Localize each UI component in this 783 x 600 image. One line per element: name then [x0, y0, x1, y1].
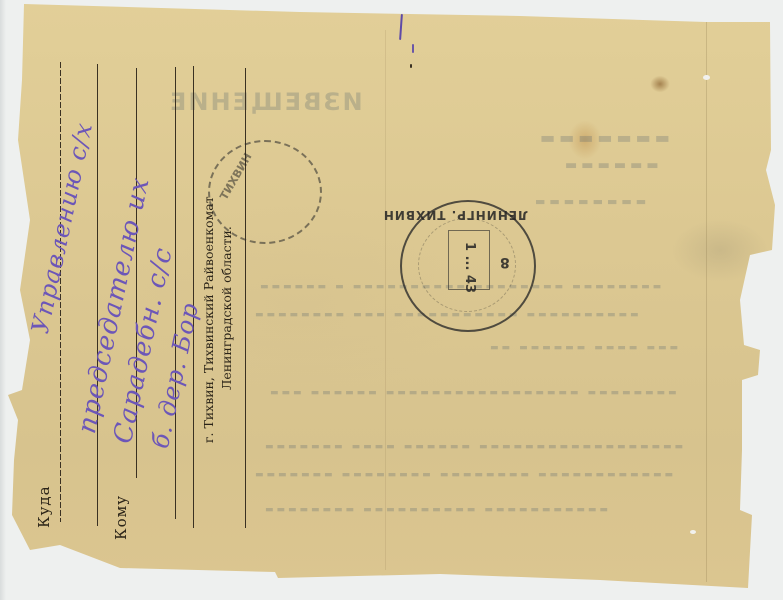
- center-fold-line: [385, 30, 386, 570]
- bleed-through-line: ▬▬ ▬▬▬▬▬▬ ▬▬▬▬ ▬▬▬: [490, 343, 681, 353]
- tear-hole: [690, 530, 696, 534]
- scanner-background-edge: [0, 0, 6, 600]
- bleed-through-block: ▬▬▬▬▬▬: [565, 158, 663, 173]
- label-to-whom: Кому: [112, 495, 130, 540]
- address-rule-5: [193, 66, 194, 528]
- sender-line-1: г. Тихвин, Тихвинский Райвоенкомат: [200, 196, 217, 443]
- label-where: Куда: [35, 485, 53, 528]
- postmark-center: ЛЕНИНГР. ТИХВИН 1 ... 43 8: [400, 200, 536, 332]
- bleed-through-block: ▬▬▬▬▬▬▬▬: [535, 195, 650, 208]
- paper-card: ИЗВЕЩЕНИЕ ▬▬▬▬▬▬▬ ▬▬▬▬▬▬ ▬▬▬▬▬▬▬▬ ▬▬▬▬▬▬…: [0, 0, 783, 600]
- bleed-through-title: ИЗВЕЩЕНИЕ: [168, 88, 363, 116]
- bleed-through-line: ▬▬▬ ▬▬▬▬▬▬ ▬▬▬▬▬▬▬▬▬▬▬▬▬▬▬▬▬ ▬▬▬▬▬▬▬▬: [270, 388, 680, 398]
- postmark-number: 8: [500, 254, 510, 270]
- bleed-through-line: ▬▬▬▬▬▬▬ ▬▬▬▬ ▬▬▬▬▬▬ ▬▬▬▬▬▬▬▬▬▬▬▬▬▬▬▬▬▬: [265, 442, 686, 452]
- sender-box-rule: [245, 68, 246, 528]
- bleed-through-line: ▬▬▬▬▬▬▬ ▬▬▬▬▬▬▬▬ ▬▬▬▬▬▬▬▬ ▬▬▬▬▬▬▬▬▬▬▬▬: [255, 470, 676, 480]
- ink-mark: [399, 14, 403, 40]
- bleed-through-line: ▬▬▬▬▬▬▬▬ ▬▬▬▬▬▬▬▬▬▬ ▬▬▬▬▬▬▬▬▬▬▬: [265, 505, 611, 515]
- ink-mark: [412, 44, 414, 53]
- sender-line-2: Ленинградской области.: [218, 226, 235, 390]
- postmark-ring-text: ЛЕНИНГР. ТИХВИН: [383, 208, 528, 222]
- bleed-through-block: ▬▬▬▬▬▬▬: [540, 128, 674, 147]
- address-rule-2: [97, 64, 98, 526]
- tear-hole: [703, 75, 710, 80]
- postmark-date: 1 ... 43: [462, 242, 477, 293]
- ink-mark: [410, 64, 412, 68]
- perforation-line: [706, 22, 707, 582]
- handwritten-line-1: Управлению с/х: [26, 120, 98, 336]
- address-rule-4: [175, 67, 176, 519]
